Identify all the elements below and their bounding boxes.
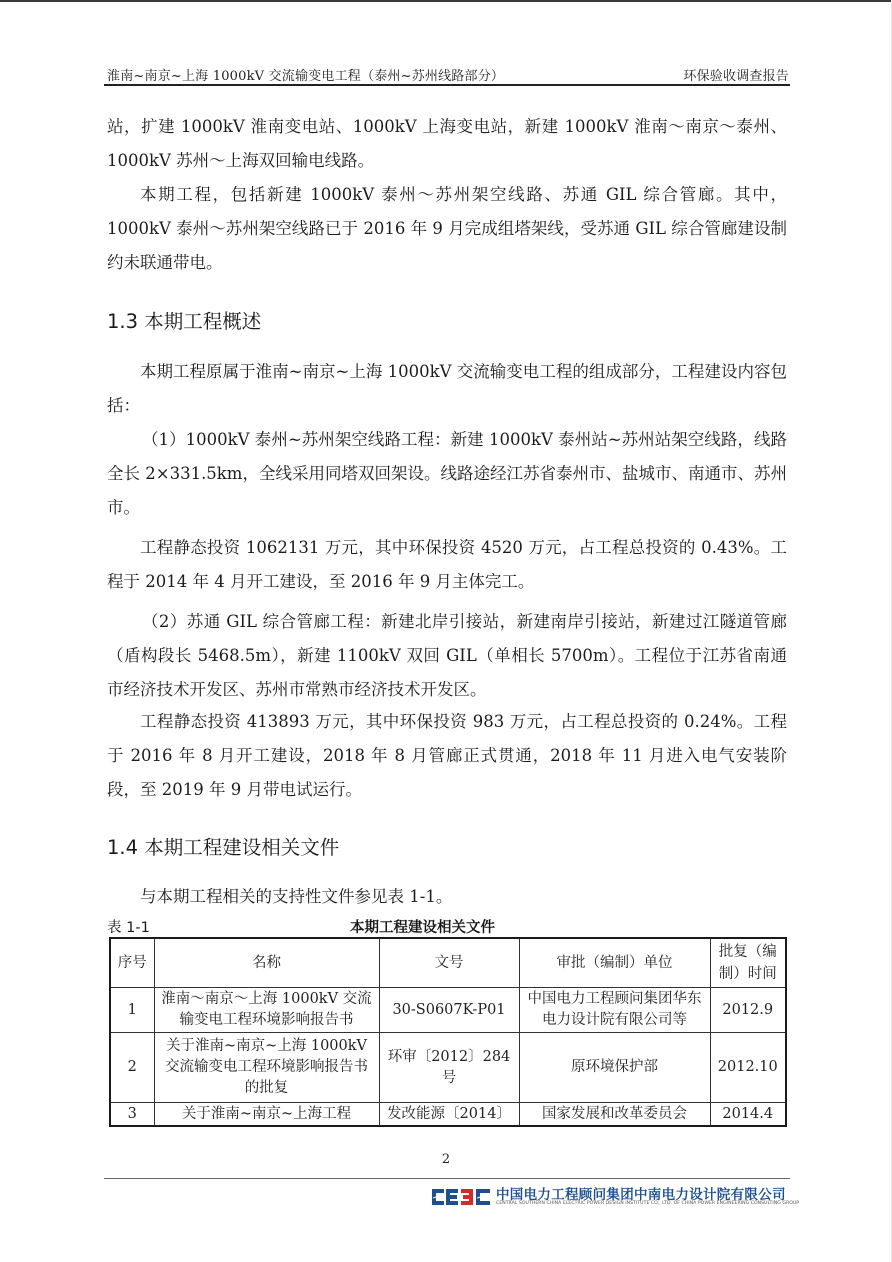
cell-no: 2 bbox=[110, 1033, 154, 1103]
cell-no: 3 bbox=[110, 1103, 154, 1127]
table-caption-title: 本期工程建设相关文件 bbox=[350, 916, 495, 937]
cell-name: 淮南～南京～上海 1000kV 交流输变电工程环境影响报告书 bbox=[154, 988, 379, 1033]
table-caption-number: 表 1-1 bbox=[107, 916, 150, 937]
section-1-3-item-2: （2）苏通 GIL 综合管廊工程：新建北岸引接站，新建南岸引接站，新建过江隧道管… bbox=[107, 605, 787, 707]
company-name-cn: 中国电力工程顾问集团中南电力设计院有限公司 bbox=[496, 1183, 786, 1203]
header-rule bbox=[104, 84, 790, 86]
section-1-3-intro: 本期工程原属于淮南~南京~上海 1000kV 交流输变电工程的组成部分，工程建设… bbox=[107, 355, 787, 423]
cell-name: 关于淮南~南京~上海 1000kV 交流输变电工程环境影响报告书的批复 bbox=[154, 1033, 379, 1103]
cell-doc-no: 环审〔2012〕284 号 bbox=[379, 1033, 519, 1103]
cell-doc-no: 30-S0607K-P01 bbox=[379, 988, 519, 1033]
cell-date: 2012.9 bbox=[710, 988, 786, 1033]
page-number: 2 bbox=[0, 1152, 892, 1167]
section-1-3-item-2-investment: 工程静态投资 413893 万元，其中环保投资 983 万元，占工程总投资的 0… bbox=[107, 705, 787, 807]
table-row: 2 关于淮南~南京~上海 1000kV 交流输变电工程环境影响报告书的批复 环审… bbox=[110, 1033, 786, 1103]
related-documents-table: 序号 名称 文号 审批（编制）单位 批复（编制）时间 1 淮南～南京～上海 10… bbox=[109, 937, 787, 1127]
ceec-logo-icon bbox=[430, 1185, 492, 1209]
footer-rule bbox=[104, 1178, 790, 1179]
cell-unit: 中国电力工程顾问集团华东电力设计院有限公司等 bbox=[519, 988, 710, 1033]
cell-date: 2014.4 bbox=[710, 1103, 786, 1127]
header-project-title: 淮南~南京~上海 1000kV 交流输变电工程（泰州~苏州线路部分） bbox=[107, 65, 504, 84]
cell-name: 关于淮南~南京~上海工程 bbox=[154, 1103, 379, 1127]
cell-date: 2012.10 bbox=[710, 1033, 786, 1103]
table-row: 3 关于淮南~南京~上海工程 发改能源〔2014〕 国家发展和改革委员会 201… bbox=[110, 1103, 786, 1127]
section-1-3-item-1-investment: 工程静态投资 1062131 万元，其中环保投资 4520 万元，占工程总投资的… bbox=[107, 531, 787, 599]
column-header-name: 名称 bbox=[154, 938, 379, 988]
section-1-4-intro: 与本期工程相关的支持性文件参见表 1-1。 bbox=[107, 880, 787, 914]
running-header: 淮南~南京~上海 1000kV 交流输变电工程（泰州~苏州线路部分） 环保验收调… bbox=[107, 62, 789, 84]
section-heading-1-4: 1.4 本期工程建设相关文件 bbox=[107, 832, 339, 860]
table-header-row: 序号 名称 文号 审批（编制）单位 批复（编制）时间 bbox=[110, 938, 786, 988]
intro-paragraph-scope: 本期工程，包括新建 1000kV 泰州～苏州架空线路、苏通 GIL 综合管廊。其… bbox=[107, 178, 787, 280]
section-heading-1-3: 1.3 本期工程概述 bbox=[107, 306, 261, 334]
intro-paragraph-continued: 站，扩建 1000kV 淮南变电站、1000kV 上海变电站，新建 1000kV… bbox=[107, 110, 787, 178]
table-row: 1 淮南～南京～上海 1000kV 交流输变电工程环境影响报告书 30-S060… bbox=[110, 988, 786, 1033]
section-1-3-item-1: （1）1000kV 泰州~苏州架空线路工程：新建 1000kV 泰州站~苏州站架… bbox=[107, 423, 787, 525]
column-header-date: 批复（编制）时间 bbox=[710, 938, 786, 988]
company-name-en: CENTRAL SOUTHERN CHINA ELECTRIC POWER DE… bbox=[496, 1201, 799, 1206]
header-report-type: 环保验收调查报告 bbox=[683, 65, 789, 84]
table-caption: 表 1-1 本期工程建设相关文件 bbox=[107, 916, 787, 936]
cell-doc-no: 发改能源〔2014〕 bbox=[379, 1103, 519, 1127]
column-header-no: 序号 bbox=[110, 938, 154, 988]
company-logo: 中国电力工程顾问集团中南电力设计院有限公司 CENTRAL SOUTHERN C… bbox=[430, 1184, 790, 1212]
column-header-unit: 审批（编制）单位 bbox=[519, 938, 710, 988]
cell-unit: 国家发展和改革委员会 bbox=[519, 1103, 710, 1127]
cell-no: 1 bbox=[110, 988, 154, 1033]
cell-unit: 原环境保护部 bbox=[519, 1033, 710, 1103]
page-top-edge bbox=[0, 0, 892, 2]
column-header-doc-no: 文号 bbox=[379, 938, 519, 988]
